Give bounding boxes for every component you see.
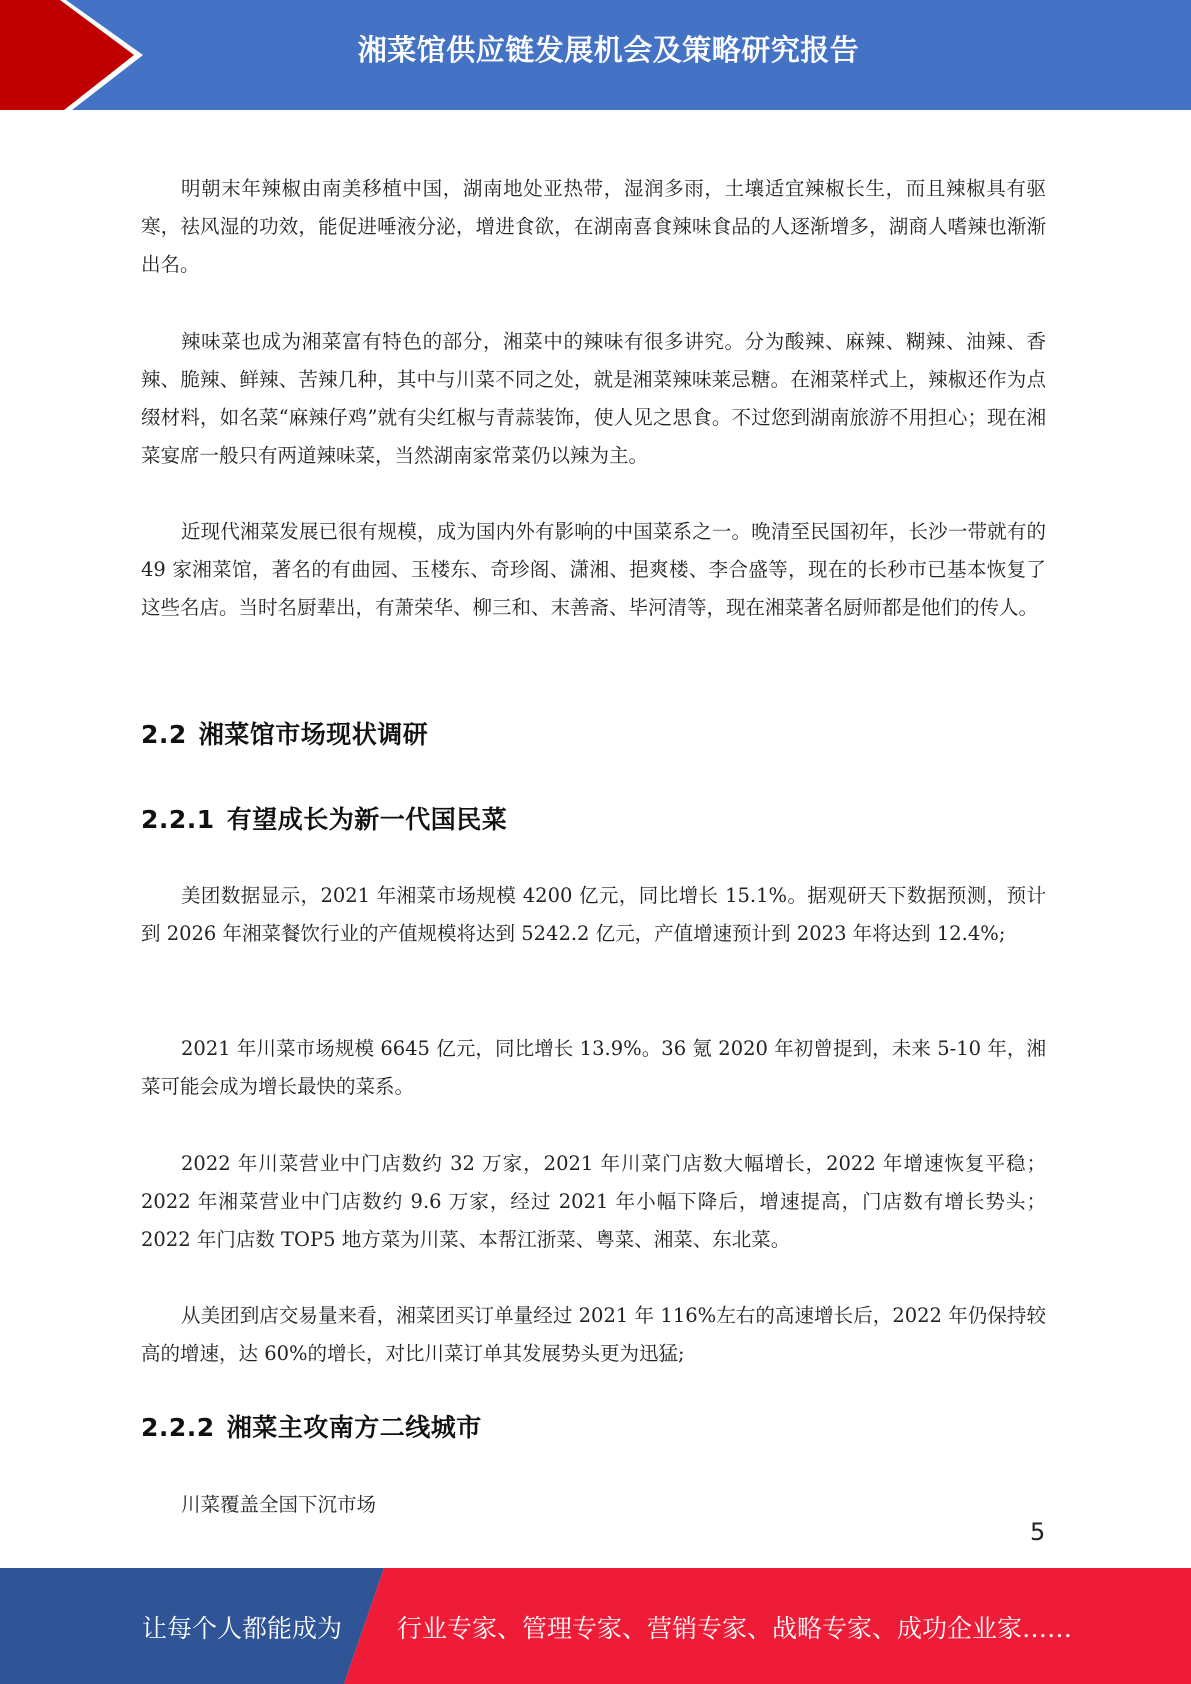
section-title: 湘菜主攻南方二线城市 xyxy=(227,1413,482,1442)
section-heading-2-2-2: 2.2.2湘菜主攻南方二线城市 xyxy=(141,1408,1046,1444)
section-title: 湘菜馆市场现状调研 xyxy=(199,720,429,749)
section-heading-2-2: 2.2湘菜馆市场现状调研 xyxy=(141,715,1046,751)
page-header: 湘菜馆供应链发展机会及策略研究报告 xyxy=(0,0,1191,110)
section-number: 2.2 xyxy=(141,720,187,749)
paragraph: 2022 年川菜营业中门店数约 32 万家，2021 年川菜门店数大幅增长，20… xyxy=(141,1145,1046,1259)
page-number: 5 xyxy=(1030,1518,1045,1546)
paragraph: 川菜覆盖全国下沉市场 xyxy=(141,1486,1046,1524)
section-title: 有望成长为新一代国民菜 xyxy=(227,805,508,834)
report-title: 湘菜馆供应链发展机会及策略研究报告 xyxy=(0,28,1191,69)
paragraph: 辣味菜也成为湘菜富有特色的部分，湘菜中的辣味有很多讲究。分为酸辣、麻辣、糊辣、油… xyxy=(141,323,1046,475)
paragraph: 从美团到店交易量来看，湘菜团买订单量经过 2021 年 116%左右的高速增长后… xyxy=(141,1297,1046,1373)
section-number: 2.2.1 xyxy=(141,805,215,834)
footer-slogan-right: 行业专家、管理专家、营销专家、战略专家、成功企业家…… xyxy=(397,1609,1072,1645)
paragraph: 明朝末年辣椒由南美移植中国，湖南地处亚热带，湿润多雨，土壤适宜辣椒长生，而且辣椒… xyxy=(141,170,1046,284)
section-heading-2-2-1: 2.2.1有望成长为新一代国民菜 xyxy=(141,800,1046,836)
paragraph: 美团数据显示，2021 年湘菜市场规模 4200 亿元，同比增长 15.1%。据… xyxy=(141,877,1046,953)
section-number: 2.2.2 xyxy=(141,1413,215,1442)
page-footer: 让每个人都能成为 行业专家、管理专家、营销专家、战略专家、成功企业家…… xyxy=(0,1568,1191,1684)
footer-slogan-left: 让每个人都能成为 xyxy=(142,1609,342,1645)
paragraph: 近现代湘菜发展已很有规模，成为国内外有影响的中国菜系之一。晚清至民国初年，长沙一… xyxy=(141,513,1046,627)
paragraph: 2021 年川菜市场规模 6645 亿元，同比增长 13.9%。36 氪 202… xyxy=(141,1030,1046,1106)
